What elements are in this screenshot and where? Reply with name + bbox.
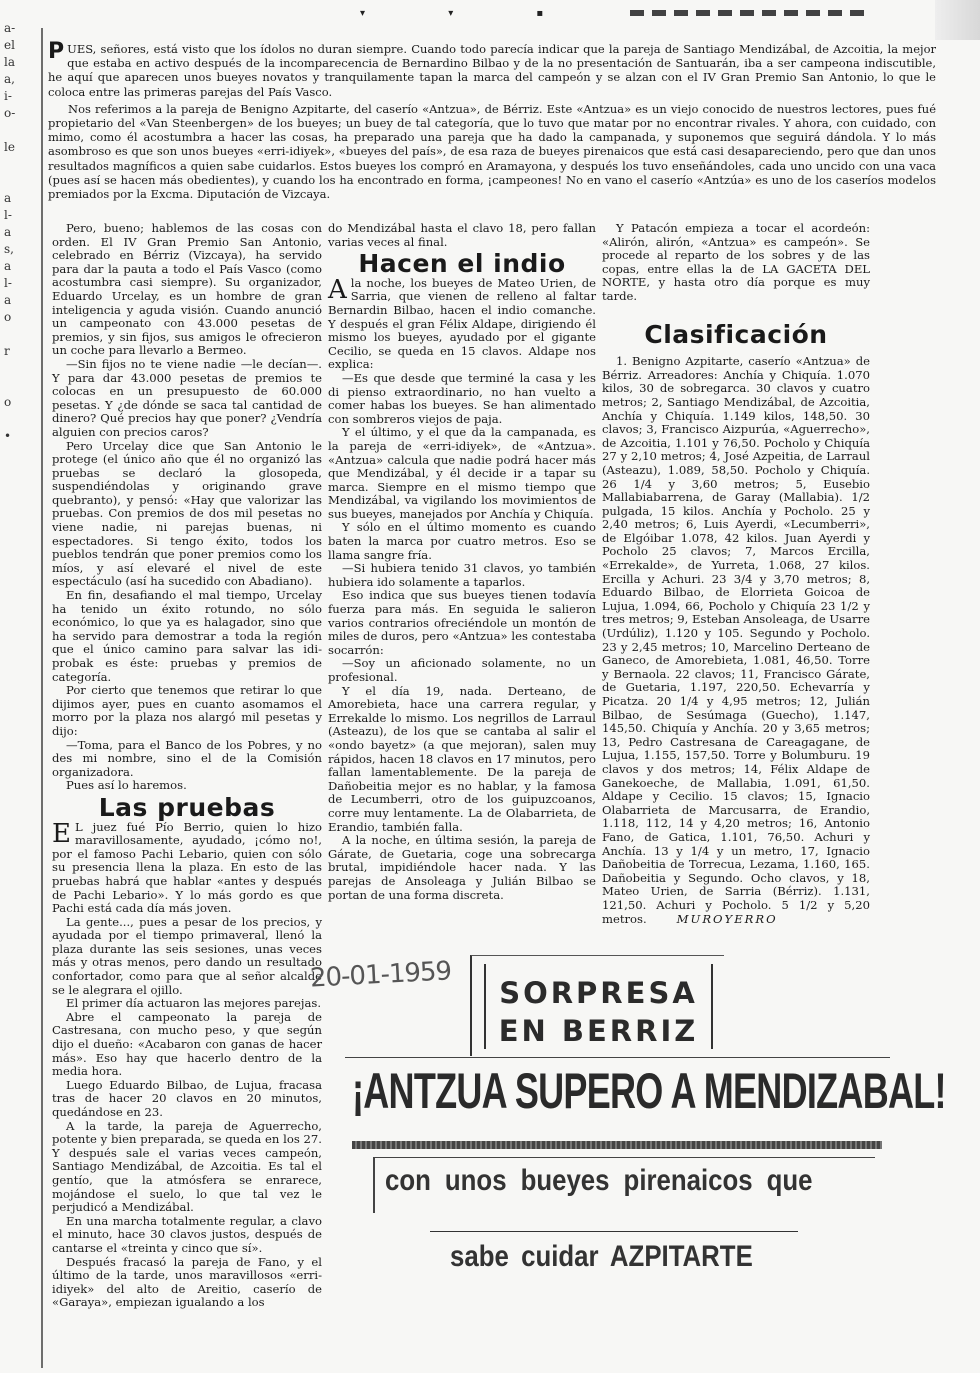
margin-fragment: le	[4, 139, 34, 156]
margin-fragment: •	[4, 428, 34, 445]
byline: MUROYERRO	[677, 912, 778, 926]
headline-rule-top	[345, 1057, 890, 1058]
col2-paragraph: Y sólo en el último momento es cuando ba…	[328, 521, 596, 562]
handwritten-date: 20-01-1959	[309, 956, 451, 993]
results-text: 1. Benigno Azpitarte, caserío «Antzua» d…	[602, 354, 870, 925]
col1-paragraph: Por cierto que tenemos que retirar lo qu…	[52, 684, 322, 738]
subheadline-line-1: con unos bueyes pirenaicos que	[385, 1164, 813, 1198]
col1-paragraph: Pero Urcelay dice que San Antonio le pro…	[52, 440, 322, 590]
newspaper-clipping: ▾ ▾ ▪ a-ellaa,i-o- le al-as,al-ao r o • …	[0, 0, 980, 1373]
column-rule	[41, 28, 43, 1368]
col1-paragraph: El primer día actuaron las mejores parej…	[52, 997, 322, 1011]
col2-paragraph: —Si hubiera tenido 31 clavos, yo también…	[328, 562, 596, 589]
col2-paragraph: Y el último, y el que da la campanada, e…	[328, 426, 596, 521]
col1-paragraph: —Toma, para el Banco de los Pobres, y no…	[52, 739, 322, 780]
headline-rule-thick	[352, 1141, 882, 1149]
kicker-box: SORPRESA EN BERRIZ	[470, 955, 724, 1056]
column-2: do Mendizábal hasta el clavo 18, pero fa…	[328, 222, 596, 902]
kicker-text: SORPRESA EN BERRIZ	[486, 964, 711, 1050]
margin-fragment: l-	[4, 207, 34, 224]
margin-fragment: a-	[4, 20, 34, 37]
col1-paragraph: En fin, desafiando el mal tiempo, Urcela…	[52, 589, 322, 684]
col2-paragraph: —Soy un aficionado solamente, no un prof…	[328, 657, 596, 684]
margin-fragment	[4, 122, 34, 139]
margin-fragment	[4, 377, 34, 394]
lead-text-1: UES, señores, está visto que los ídolos …	[48, 42, 936, 99]
lead-paragraph-2: Nos referimos a la pareja de Benigno Azp…	[48, 102, 936, 201]
col2-text: la noche, los bueyes de Mateo Urien, de …	[328, 276, 596, 372]
subhead-clasificacion: Clasificación	[602, 328, 870, 342]
margin-fragment: o	[4, 394, 34, 411]
column-3: Y Patacón empieza a tocar el acordeón: «…	[602, 222, 870, 926]
margin-fragment: i-	[4, 88, 34, 105]
margin-fragment: o	[4, 309, 34, 326]
left-margin-fragments: a-ellaa,i-o- le al-as,al-ao r o •	[4, 20, 34, 445]
margin-fragment: a	[4, 190, 34, 207]
column-1: Pero, bueno; hablemos de las cosas con o…	[52, 222, 322, 1310]
kicker-line-1: SORPRESA	[486, 974, 711, 1012]
col1-paragraph: En una marcha totalmente regular, a clav…	[52, 1215, 322, 1256]
top-ink-marks: ▾ ▾ ▪	[360, 8, 583, 19]
col2-paragraph: Y el día 19, nada. Derteano, de Amorebie…	[328, 685, 596, 835]
col1-paragraph: Pues así lo haremos.	[52, 779, 322, 793]
subheadline-line-2: sabe cuidar AZPITARTE	[450, 1240, 753, 1274]
kicker-line-2: EN BERRIZ	[486, 1012, 711, 1050]
margin-fragment: a	[4, 258, 34, 275]
col2-paragraph: Eso indica que sus bueyes tienen todavía…	[328, 589, 596, 657]
col1-paragraph: —Sin fijos no te viene nadie —le decían—…	[52, 358, 322, 440]
col1-paragraph: Pero, bueno; hablemos de las cosas con o…	[52, 222, 322, 358]
margin-fragment: a,	[4, 71, 34, 88]
margin-fragment: el	[4, 37, 34, 54]
col3-paragraph: Y Patacón empieza a tocar el acordeón: «…	[602, 222, 870, 304]
col1-paragraph: Luego Eduardo Bilbao, de Lujua, fracasa …	[52, 1079, 322, 1120]
margin-fragment	[4, 411, 34, 428]
col2-paragraph: —Es que desde que terminé la casa y les …	[328, 372, 596, 426]
margin-fragment: o-	[4, 105, 34, 122]
col2-paragraph: Ala noche, los bueyes de Mateo Urien, de…	[328, 277, 596, 372]
drop-cap-a: A	[328, 279, 347, 301]
col2-paragraph: A la noche, en última sesión, la pareja …	[328, 834, 596, 902]
margin-fragment	[4, 326, 34, 343]
col1-text: L juez fué Pío Berrio, quien lo hizo mar…	[52, 820, 322, 916]
kicker-frame: SORPRESA EN BERRIZ	[484, 964, 713, 1049]
col1-paragraph: Después fracasó la pareja de Fano, y el …	[52, 1256, 322, 1310]
margin-fragment: a	[4, 292, 34, 309]
margin-fragment	[4, 360, 34, 377]
drop-cap-p: P	[48, 42, 64, 62]
margin-fragment: la	[4, 54, 34, 71]
subhead-las-pruebas: Las pruebas	[52, 801, 322, 815]
margin-fragment	[4, 173, 34, 190]
lead-paragraph-1: PUES, señores, está visto que los ídolos…	[48, 42, 936, 99]
lead-paragraphs: PUES, señores, está visto que los ídolos…	[48, 42, 936, 204]
masthead-fragment	[630, 10, 870, 16]
col1-paragraph: EL juez fué Pío Berrio, quien lo hizo ma…	[52, 821, 322, 916]
margin-fragment	[4, 156, 34, 173]
page-edge-shadow	[935, 0, 980, 40]
subhead-hacen-el-indio: Hacen el indio	[328, 257, 596, 271]
margin-fragment: l-	[4, 275, 34, 292]
margin-fragment: s,	[4, 241, 34, 258]
drop-cap-e: E	[52, 823, 71, 845]
subheadline-rule	[430, 1231, 798, 1232]
margin-fragment: r	[4, 343, 34, 360]
results-list: 1. Benigno Azpitarte, caserío «Antzua» d…	[602, 355, 870, 926]
col1-paragraph: A la tarde, la pareja de Aguerrecho, pot…	[52, 1120, 322, 1215]
margin-fragment: a	[4, 224, 34, 241]
col2-continuation: do Mendizábal hasta el clavo 18, pero fa…	[328, 222, 596, 249]
col1-paragraph: Abre el campeonato la pareja de Castresa…	[52, 1011, 322, 1079]
col1-paragraph: La gente..., pues a pesar de los precios…	[52, 916, 322, 998]
main-headline: ¡ANTZUA SUPERO A MENDIZABAL!	[352, 1062, 755, 1120]
